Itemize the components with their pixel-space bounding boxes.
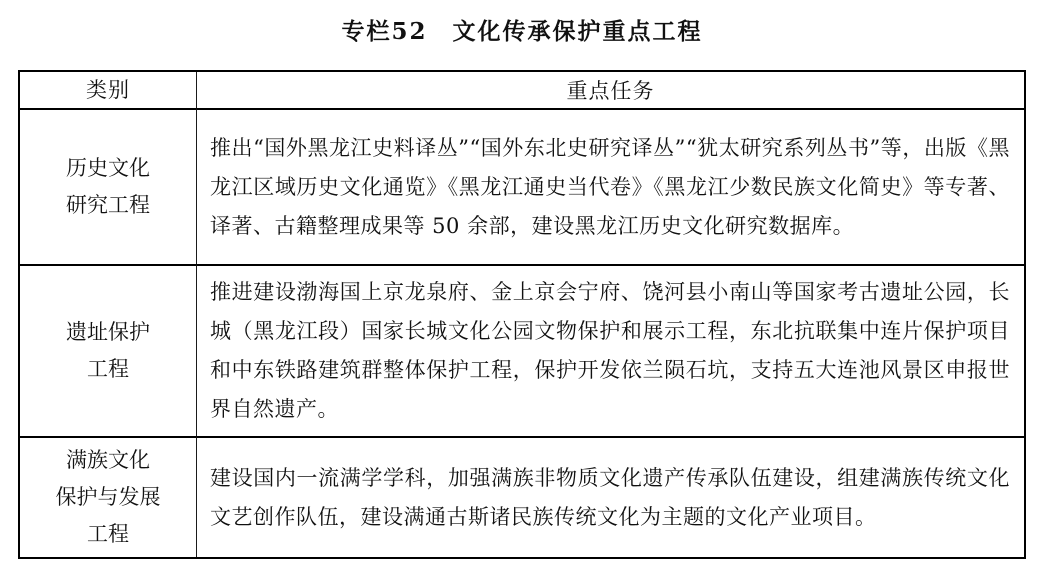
table-row: 推进建设渤海国上京龙泉府、金上京会宁府、饶河县小南山等国家考古遗址公园，长城（黑… (197, 264, 1024, 436)
row-category-site-protection: 遗址保护 工程 (20, 264, 197, 436)
row-category-history-culture: 历史文化 研究工程 (20, 108, 197, 264)
row-tasks-site-protection: 推进建设渤海国上京龙泉府、金上京会宁府、饶河县小南山等国家考古遗址公园，长城（黑… (210, 273, 1010, 429)
header-category: 类别 (20, 72, 197, 108)
table-row: 建设国内一流满学学科，加强满族非物质文化遗产传承队伍建设，组建满族传统文化文艺创… (197, 436, 1024, 557)
row-tasks-manchu-culture: 建设国内一流满学学科，加强满族非物质文化遗产传承队伍建设，组建满族传统文化文艺创… (210, 459, 1010, 537)
header-tasks: 重点任务 (197, 72, 1024, 108)
row-category-manchu-culture: 满族文化 保护与发展 工程 (20, 436, 197, 557)
document-page: 专栏52 文化传承保护重点工程 类别 重点任务 历史文化 研究工程 推出“国外黑… (0, 0, 1044, 571)
projects-table: 类别 重点任务 历史文化 研究工程 推出“国外黑龙江史料译丛”“国外东北史研究译… (18, 70, 1026, 559)
table-row: 推出“国外黑龙江史料译丛”“国外东北史研究译丛”“犹太研究系列丛书”等，出版《黑… (197, 108, 1024, 264)
row-tasks-history-culture: 推出“国外黑龙江史料译丛”“国外东北史研究译丛”“犹太研究系列丛书”等，出版《黑… (210, 129, 1010, 246)
table-title: 专栏52 文化传承保护重点工程 (0, 13, 1044, 46)
